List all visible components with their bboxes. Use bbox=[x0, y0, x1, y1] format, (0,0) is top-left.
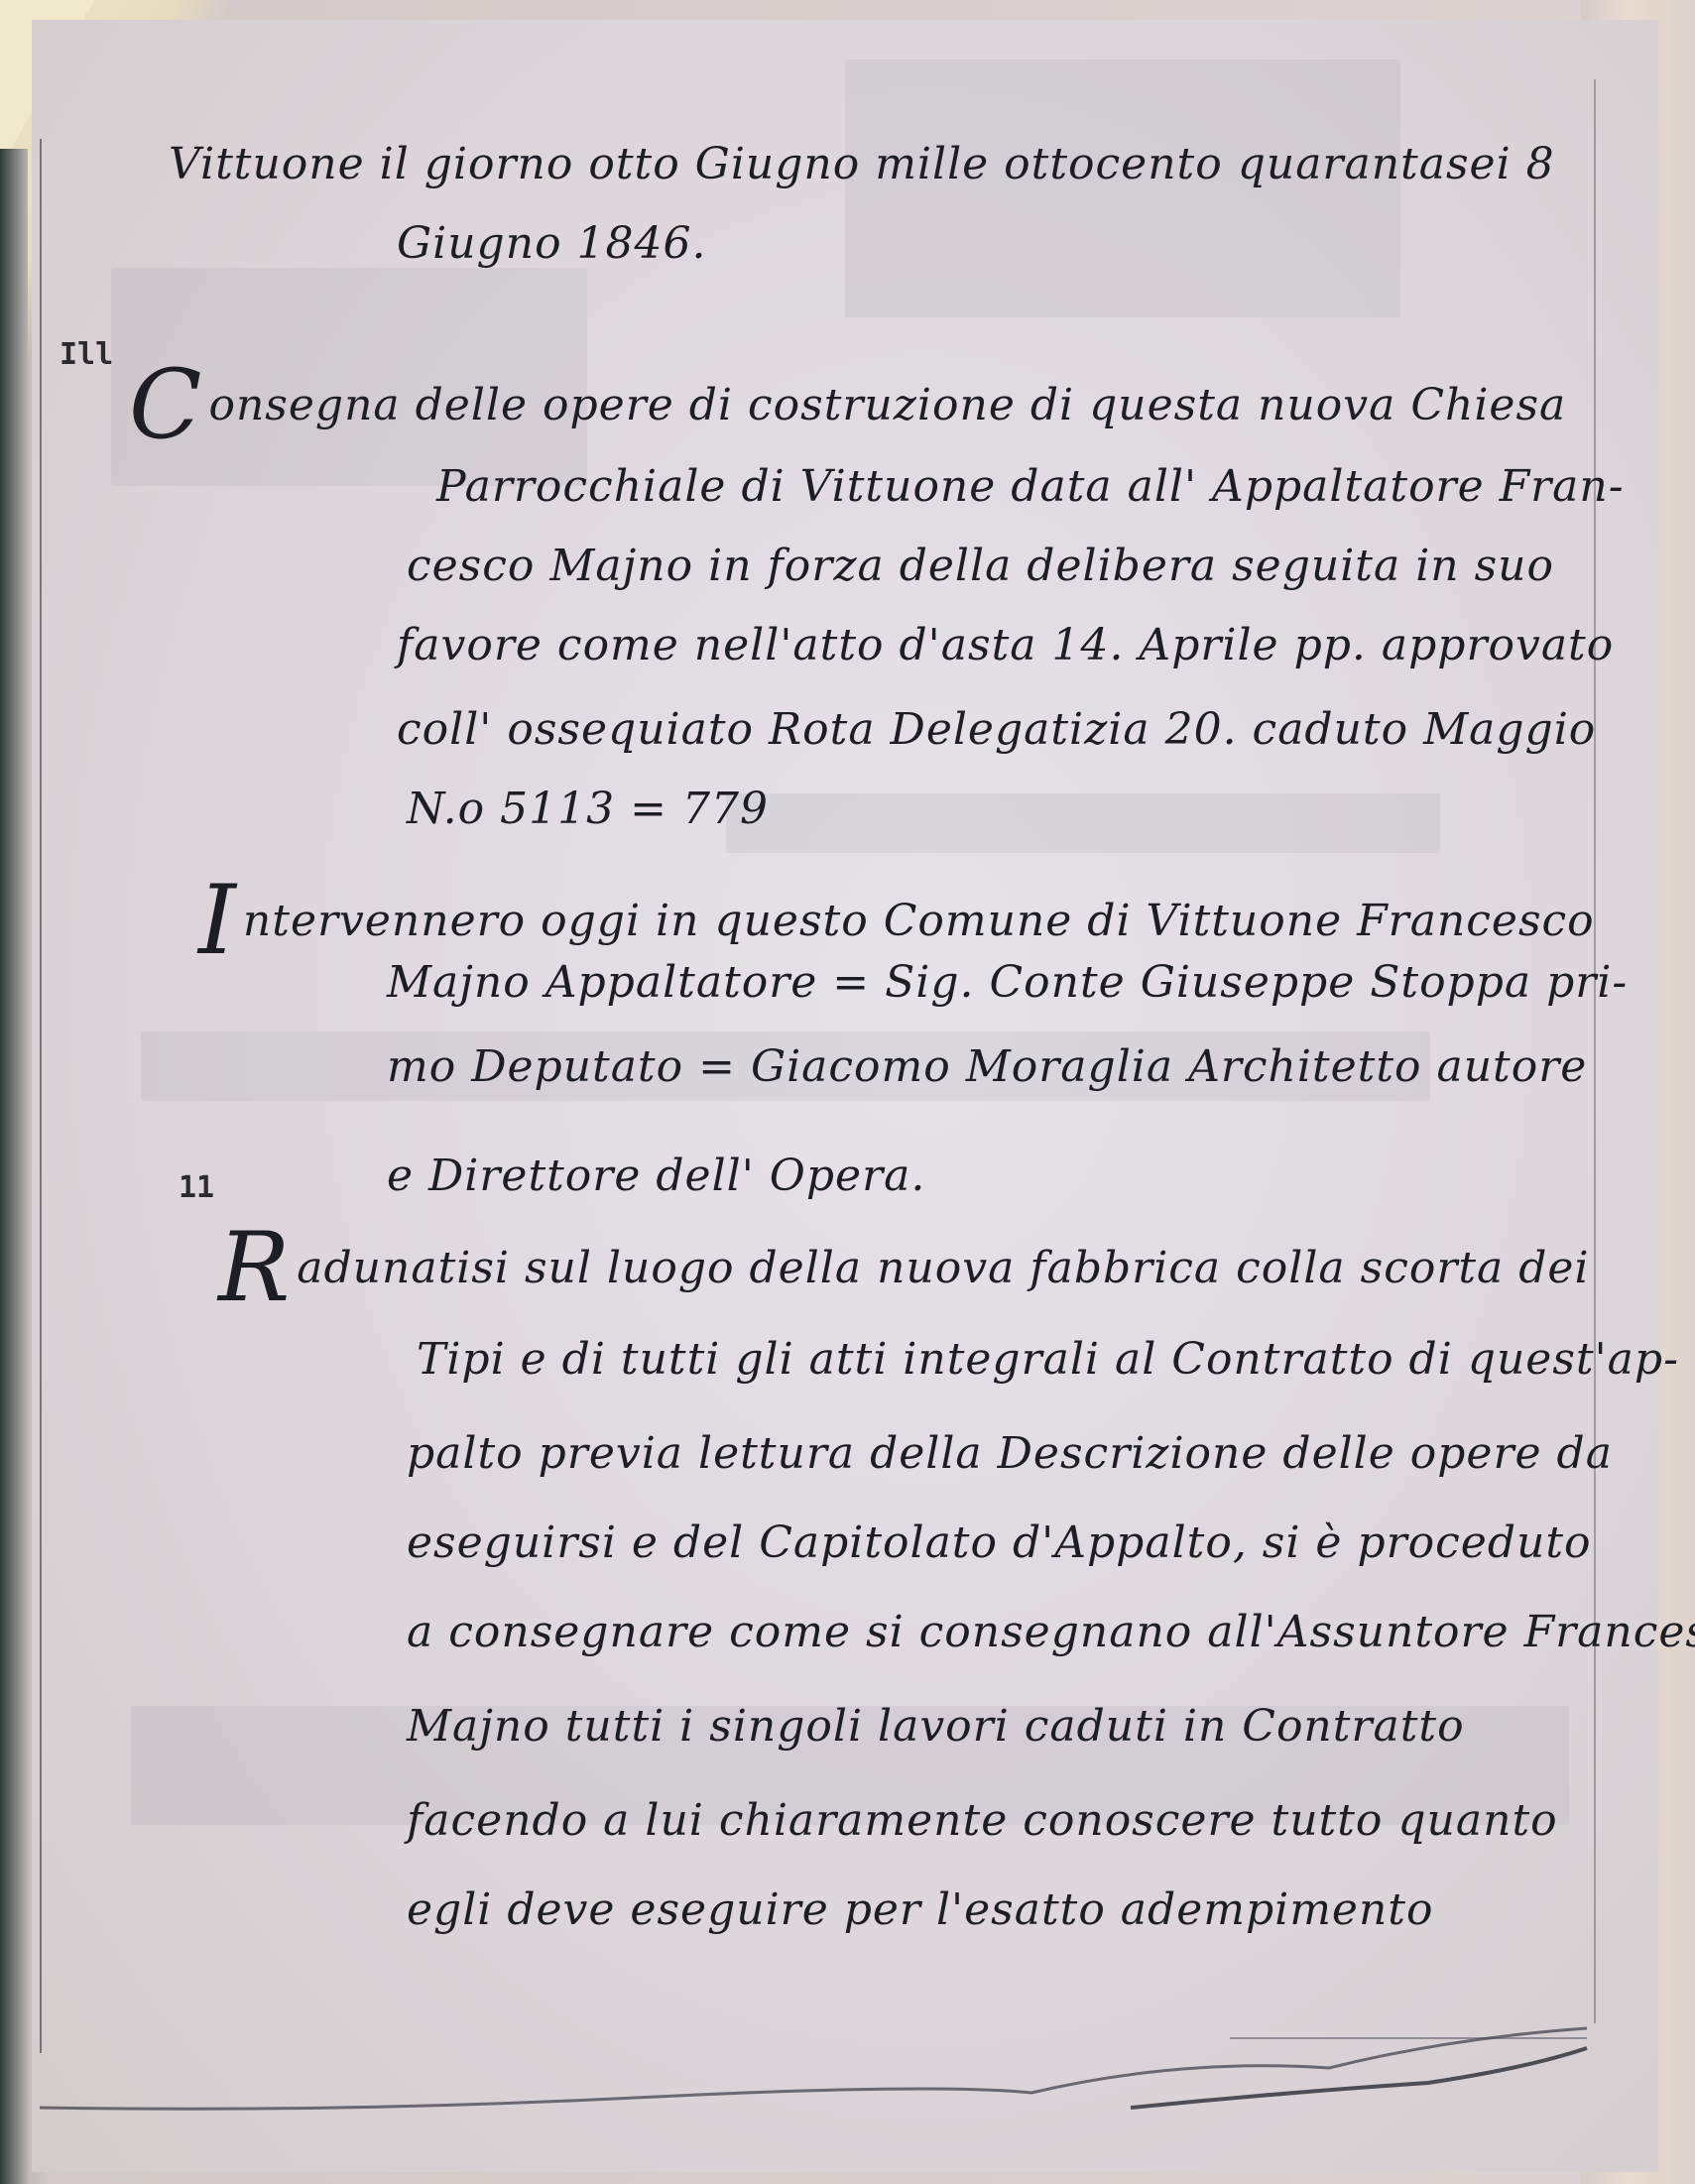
paragraph-3-line-1: Radunatisi sul luogo della nuova fabbric… bbox=[218, 1220, 1590, 1315]
paragraph-2-line-1: Intervennero oggi in questo Comune di Vi… bbox=[198, 873, 1595, 968]
paragraph-1-line-3: cesco Majno in forza della delibera segu… bbox=[407, 541, 1554, 591]
book-spine-edge bbox=[0, 149, 28, 2184]
paragraph-3-line-6: Majno tutti i singoli lavori caduti in C… bbox=[407, 1701, 1465, 1752]
bottom-page-edge-scribble bbox=[40, 1999, 1627, 2127]
paragraph-2-initial: I bbox=[198, 873, 237, 968]
paragraph-3-line-7: facendo a lui chiaramente conoscere tutt… bbox=[407, 1795, 1558, 1846]
paragraph-1-initial: C bbox=[129, 357, 202, 452]
right-frame-line bbox=[1594, 79, 1596, 2023]
paragraph-1-line-1: Consegna delle opere di costruzione di q… bbox=[129, 357, 1566, 452]
left-frame-line bbox=[40, 139, 42, 2053]
paragraph-2-line-3: mo Deputato = Giacomo Moraglia Architett… bbox=[387, 1041, 1587, 1092]
paragraph-1-line-4: favore come nell'atto d'asta 14. Aprile … bbox=[397, 620, 1614, 670]
paragraph-3-line-8: egli deve eseguire per l'esatto adempime… bbox=[407, 1884, 1433, 1935]
paragraph-3-line-4: eseguirsi e del Capitolato d'Appalto, si… bbox=[407, 1517, 1592, 1568]
paragraph-3-line-2: Tipi e di tutti gli atti integrali al Co… bbox=[417, 1334, 1679, 1385]
paragraph-3-line-3: palto previa lettura della Descrizione d… bbox=[407, 1428, 1613, 1479]
paragraph-1-line-2: Parrocchiale di Vittuone data all' Appal… bbox=[436, 461, 1625, 512]
paragraph-2-line-2: Majno Appaltatore = Sig. Conte Giuseppe … bbox=[387, 957, 1628, 1008]
paragraph-3-initial: R bbox=[218, 1220, 291, 1315]
margin-mark: Ill bbox=[60, 337, 113, 372]
paragraph-1-line-6: N.o 5113 = 779 bbox=[407, 784, 769, 834]
paragraph-2-line-4: e Direttore dell' Opera. bbox=[387, 1151, 925, 1201]
paragraph-1-line-5: coll' ossequiato Rota Delegatizia 20. ca… bbox=[397, 704, 1596, 755]
date-line-2: Giugno 1846. bbox=[397, 218, 707, 269]
paragraph-3-line-5: a consegnare come si consegnano all'Assu… bbox=[407, 1607, 1695, 1657]
date-line-1: Vittuone il giorno otto Giugno mille ott… bbox=[169, 139, 1555, 189]
bleed-through-text bbox=[726, 793, 1440, 853]
manuscript-page bbox=[32, 20, 1658, 2172]
margin-mark: 11 bbox=[179, 1170, 214, 1205]
